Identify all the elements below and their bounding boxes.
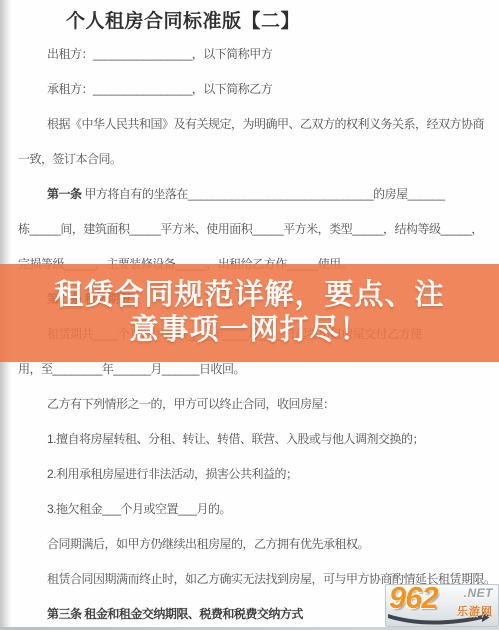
contract-document-page: 个人租房合同标准版【二】 出租方：________________，以下简称甲方…	[0, 0, 499, 630]
banner-text-line1: 租赁合同规范详解，要点、注	[54, 278, 444, 313]
962-net-watermark-logo: 962 .NET 乐游网	[385, 584, 499, 627]
document-line: 乙方有下列情形之一的，甲方可以终止合同，收回房屋：	[0, 387, 499, 422]
document-line: 根据《中华人民共和国》及有关规定，为明确甲、乙双方的权利义务关系，经双方协商	[0, 107, 499, 142]
document-line: 2.利用承租房屋进行非法活动，损害公共利益的；	[0, 457, 499, 492]
document-line: 3.拖欠租金___个月或空置___月的。	[0, 492, 499, 527]
promo-banner-overlay: 租赁合同规范详解，要点、注 意事项一网打尽！	[0, 264, 499, 362]
document-line: 承租方：________________，以下简称乙方	[0, 72, 499, 107]
clause-heading: 第三条 租金和租金交纳期限、税费和税费交纳方式	[47, 607, 303, 621]
line-text: 甲方将自有的坐落在______________________________的…	[82, 187, 445, 201]
line-text: 根据《中华人民共和国》及有关规定，为明确甲、乙双方的权利义务关系，经双方协商	[47, 117, 484, 131]
line-text: 乙方有下列情形之一的，甲方可以终止合同，收回房屋：	[47, 397, 335, 411]
logo-domain: .NET	[464, 586, 493, 600]
document-title: 个人租房合同标准版【二】	[66, 6, 300, 33]
line-text: 一致，签订本合同。	[18, 152, 122, 166]
document-line: 1.擅自将房屋转租、分租、转让、转借、联营、入股或与他人调剂交换的；	[0, 422, 499, 457]
line-text: 承租方：________________，以下简称乙方	[47, 82, 272, 96]
document-line: 一致，签订本合同。	[0, 142, 499, 177]
document-line: 第一条 甲方将自有的坐落在___________________________…	[0, 177, 499, 212]
banner-text-line2: 意事项一网打尽！	[129, 313, 369, 348]
logo-site-name: 乐游网	[457, 603, 493, 619]
line-text: 1.擅自将房屋转租、分租、转让、转借、联营、入股或与他人调剂交换的；	[47, 432, 424, 446]
clause-heading: 第一条	[47, 187, 82, 201]
line-text: 3.拖欠租金___个月或空置___月的。	[47, 502, 231, 516]
document-line: 栋_____间，建筑面积_____平方米、使用面积_____平方米，类型____…	[0, 212, 499, 247]
document-line: 合同期满后，如甲方仍继续出租房屋的，乙方拥有优先承租权。	[0, 527, 499, 562]
line-text: 出租方：________________，以下简称甲方	[47, 47, 272, 61]
line-text: 栋_____间，建筑面积_____平方米、使用面积_____平方米，类型____…	[18, 222, 483, 236]
line-text: 合同期满后，如甲方仍继续出租房屋的，乙方拥有优先承租权。	[47, 537, 369, 551]
line-text: 用，至________年______月______日收回。	[18, 362, 245, 376]
document-line: 出租方：________________，以下简称甲方	[0, 37, 499, 72]
line-text: 2.利用承租房屋进行非法活动，损害公共利益的；	[47, 467, 298, 481]
